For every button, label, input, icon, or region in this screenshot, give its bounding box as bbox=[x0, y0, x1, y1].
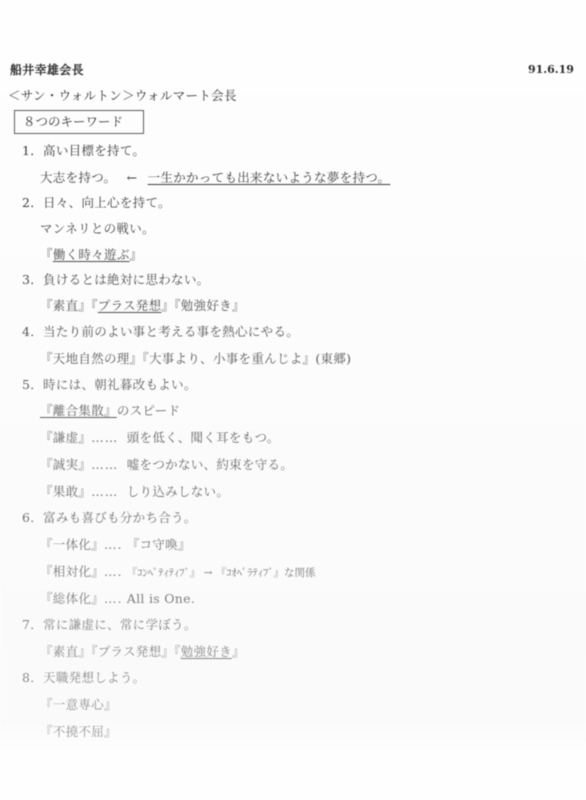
term: 『果敢』 bbox=[40, 484, 91, 499]
item-1-heading: 1．高い目標を持て。 bbox=[22, 143, 145, 159]
item-5-line-3: 『誠実』…… 嘘をつかない、約束を守る。 bbox=[40, 457, 293, 473]
term: 『相対化』 bbox=[40, 564, 104, 579]
document-date: 91.6.19 bbox=[528, 62, 574, 78]
document-author-header: 船井幸雄会長 bbox=[10, 62, 84, 78]
item-1-text: 大志を持つ。 bbox=[40, 170, 116, 185]
term-description: 嘘をつかない、約束を守る。 bbox=[127, 457, 293, 472]
item-8-line-2: 『不撓不屈』 bbox=[40, 724, 117, 740]
leader-dots: …… bbox=[91, 457, 118, 472]
item-5-text: のスピード bbox=[117, 403, 181, 418]
leader-dots: …. bbox=[104, 591, 122, 606]
scanned-document-page: 船井幸雄会長 91.6.19 ＜サン・ウォルトン＞ウォルマート会長 ８つのキーワ… bbox=[0, 0, 586, 800]
leader-dots: …… bbox=[91, 484, 118, 499]
item-1-underlined-text: 一生かかっても出来ないような夢を持つ。 bbox=[148, 170, 391, 185]
item-2-line-2: 『働く時々遊ぶ』 bbox=[40, 247, 142, 263]
item-2-line-1: マンネリとの戦い。 bbox=[40, 221, 155, 237]
leader-dots: …… bbox=[91, 430, 118, 445]
keyword-title: ８つのキーワード bbox=[23, 114, 123, 129]
item-6-line-2: 『相対化』…. 『ｺﾝﾍﾟﾃｨﾃｨﾌﾞ』 → 『ｺｵﾍﾟﾗﾃｨﾌﾞ』な関係 bbox=[40, 564, 316, 581]
left-arrow-icon: ← bbox=[121, 170, 144, 185]
term-description: All is One. bbox=[127, 591, 195, 606]
keyword-title-box: ８つのキーワード bbox=[14, 110, 144, 134]
item-7-text-a: 『素直』『プラス発想』『 bbox=[40, 644, 181, 659]
item-3-underlined-text: プラス発想 bbox=[98, 298, 162, 313]
item-3-heading: 3．負けるとは絶対に思わない。 bbox=[22, 272, 209, 288]
item-5-line-2: 『謙虚』…… 頭を低く、聞く耳をもつ。 bbox=[40, 430, 280, 446]
term-description: 『ｺﾝﾍﾟﾃｨﾃｨﾌﾞ』 → 『ｺｵﾍﾟﾗﾃｨﾌﾞ』な関係 bbox=[127, 567, 316, 579]
item-6-line-1: 『一体化』…. 『コ守喚』 bbox=[40, 537, 191, 553]
item-5-line-1: 『離合集散』のスピード bbox=[40, 403, 180, 419]
term-description: 『コ守喚』 bbox=[127, 537, 191, 552]
term: 『総体化』 bbox=[40, 591, 104, 606]
item-6-line-3: 『総体化』…. All is One. bbox=[40, 591, 195, 607]
item-7-underlined-text: 勉強好き bbox=[181, 644, 232, 659]
item-5-heading: 5．時には、朝礼暮改もよい。 bbox=[22, 377, 197, 393]
item-5-underlined-text: 『離合集散』 bbox=[40, 403, 117, 418]
leader-dots: …. bbox=[104, 564, 122, 579]
item-5-line-4: 『果敢』…… しり込みしない。 bbox=[40, 484, 229, 500]
document-subtitle: ＜サン・ウォルトン＞ウォルマート会長 bbox=[8, 88, 237, 104]
item-4-line-1: 『天地自然の理』『大事より、小事を重んじよ』(東郷) bbox=[40, 351, 351, 367]
item-3-text-b: 』『勉強好き』 bbox=[161, 298, 244, 313]
term: 『一体化』 bbox=[40, 537, 104, 552]
term: 『誠実』 bbox=[40, 457, 91, 472]
item-3-text-a: 『素直』『 bbox=[40, 298, 98, 313]
item-1-line-1: 大志を持つ。 ← 一生かかっても出来ないような夢を持つ。 bbox=[40, 170, 390, 186]
term: 『謙虚』 bbox=[40, 430, 91, 445]
item-3-line-1: 『素直』『プラス発想』『勉強好き』 bbox=[40, 298, 245, 314]
term-description: しり込みしない。 bbox=[127, 484, 229, 499]
item-7-heading: 7．常に謙虚に、常に学ぼう。 bbox=[22, 617, 197, 633]
term-description: 頭を低く、聞く耳をもつ。 bbox=[127, 430, 280, 445]
item-4-heading: 4．当たり前のよい事と考える事を熱心にやる。 bbox=[22, 324, 299, 340]
item-8-line-1: 『一意専心』 bbox=[40, 697, 117, 713]
item-2-underlined-text: 働く時々遊ぶ bbox=[53, 247, 130, 262]
leader-dots: …. bbox=[104, 537, 122, 552]
item-6-heading: 6．富みも喜びも分かち合う。 bbox=[22, 510, 197, 526]
item-2-heading: 2．日々、向上心を持て。 bbox=[22, 195, 171, 211]
bracket-open: 『 bbox=[40, 247, 53, 262]
item-7-text-b: 』 bbox=[232, 644, 245, 659]
item-7-line-1: 『素直』『プラス発想』『勉強好き』 bbox=[40, 644, 245, 660]
item-8-heading: 8．天職発想しよう。 bbox=[22, 670, 145, 686]
bracket-close: 』 bbox=[130, 247, 143, 262]
